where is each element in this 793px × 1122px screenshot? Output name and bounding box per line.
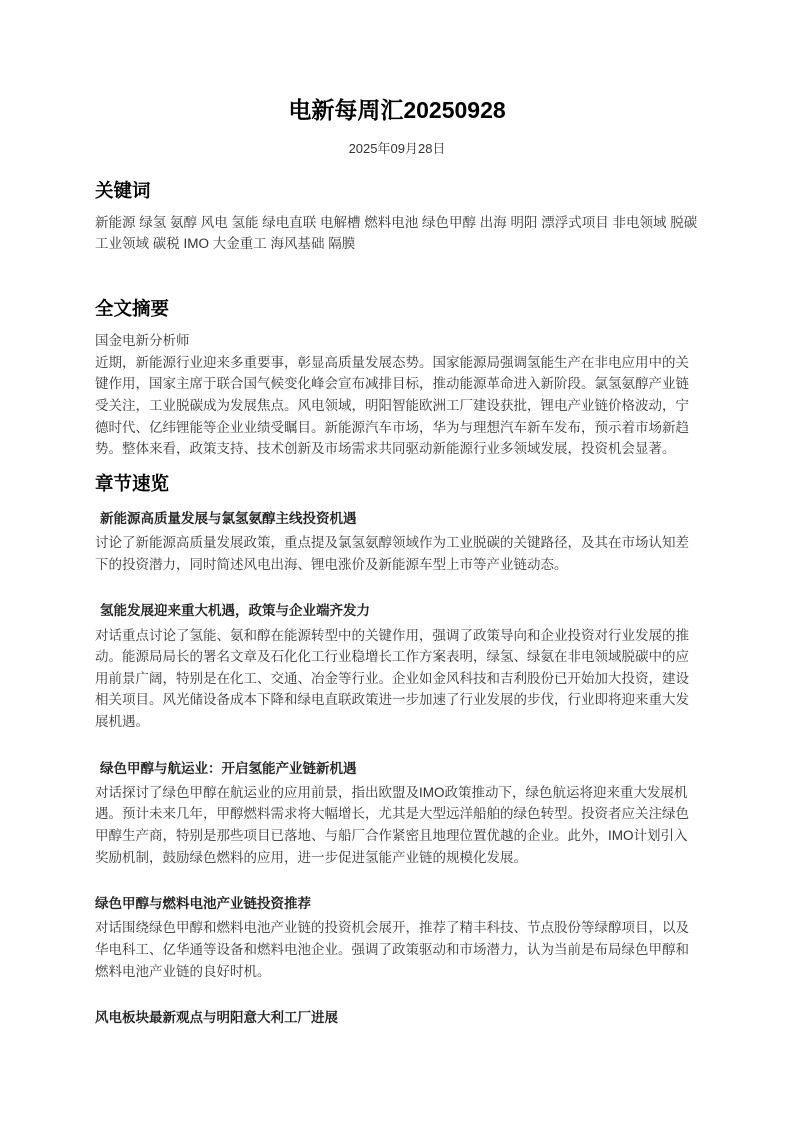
doc-date: 2025年09月28日 [95, 138, 699, 157]
document-page: 电新每周汇20250928 2025年09月28日 关键词 新能源 绿氢 氨醇 … [0, 0, 793, 1122]
chapter-title: 绿色甲醇与燃料电池产业链投资推荐 [95, 894, 699, 914]
keywords-section: 关键词 新能源 绿氢 氨醇 风电 氢能 绿电直联 电解槽 燃料电池 绿色甲醇 出… [95, 179, 699, 255]
summary-section: 全文摘要 国金电新分析师 近期，新能源行业迎来多重要事，彰显高质量发展态势。国家… [95, 297, 699, 460]
chapter-title: 新能源高质量发展与氯氢氨醇主线投资机遇 [95, 509, 699, 529]
keywords-heading: 关键词 [95, 179, 699, 202]
chapter-item-1: 新能源高质量发展与氯氢氨醇主线投资机遇 讨论了新能源高质量发展政策，重点提及氯氢… [95, 509, 699, 575]
keywords-list: 新能源 绿氢 氨醇 风电 氢能 绿电直联 电解槽 燃料电池 绿色甲醇 出海 明阳… [95, 212, 699, 255]
chapter-item-5: 风电板块最新观点与明阳意大利工厂进展 [95, 1008, 699, 1028]
chapter-title: 氢能发展迎来重大机遇，政策与企业端齐发力 [95, 601, 699, 621]
chapters-section: 章节速览 新能源高质量发展与氯氢氨醇主线投资机遇 讨论了新能源高质量发展政策，重… [95, 472, 699, 1029]
page-title: 电新每周汇20250928 [95, 96, 699, 125]
chapter-body: 对话探讨了绿色甲醇在航运业的应用前景，指出欧盟及IMO政策推动下，绿色航运将迎来… [95, 782, 699, 868]
chapter-body: 对话围绕绿色甲醇和燃料电池产业链的投资机会展开，推荐了精丰科技、节点股份等绿醇项… [95, 917, 699, 982]
summary-body: 近期，新能源行业迎来多重要事，彰显高质量发展态势。国家能源局强调氢能生产在非电应… [95, 352, 699, 460]
chapter-item-3: 绿色甲醇与航运业：开启氢能产业链新机遇 对话探讨了绿色甲醇在航运业的应用前景，指… [95, 759, 699, 869]
chapters-heading: 章节速览 [95, 472, 699, 495]
summary-author: 国金电新分析师 [95, 330, 699, 352]
chapter-item-2: 氢能发展迎来重大机遇，政策与企业端齐发力 对话重点讨论了氢能、氨和醇在能源转型中… [95, 601, 699, 732]
summary-heading: 全文摘要 [95, 297, 699, 320]
chapter-body: 对话重点讨论了氢能、氨和醇在能源转型中的关键作用，强调了政策导向和企业投资对行业… [95, 625, 699, 733]
chapter-title: 风电板块最新观点与明阳意大利工厂进展 [95, 1008, 699, 1028]
chapter-title: 绿色甲醇与航运业：开启氢能产业链新机遇 [95, 759, 699, 779]
chapter-body: 讨论了新能源高质量发展政策，重点提及氯氢氨醇领域作为工业脱碳的关键路径，及其在市… [95, 532, 699, 575]
chapter-item-4: 绿色甲醇与燃料电池产业链投资推荐 对话围绕绿色甲醇和燃料电池产业链的投资机会展开… [95, 894, 699, 982]
